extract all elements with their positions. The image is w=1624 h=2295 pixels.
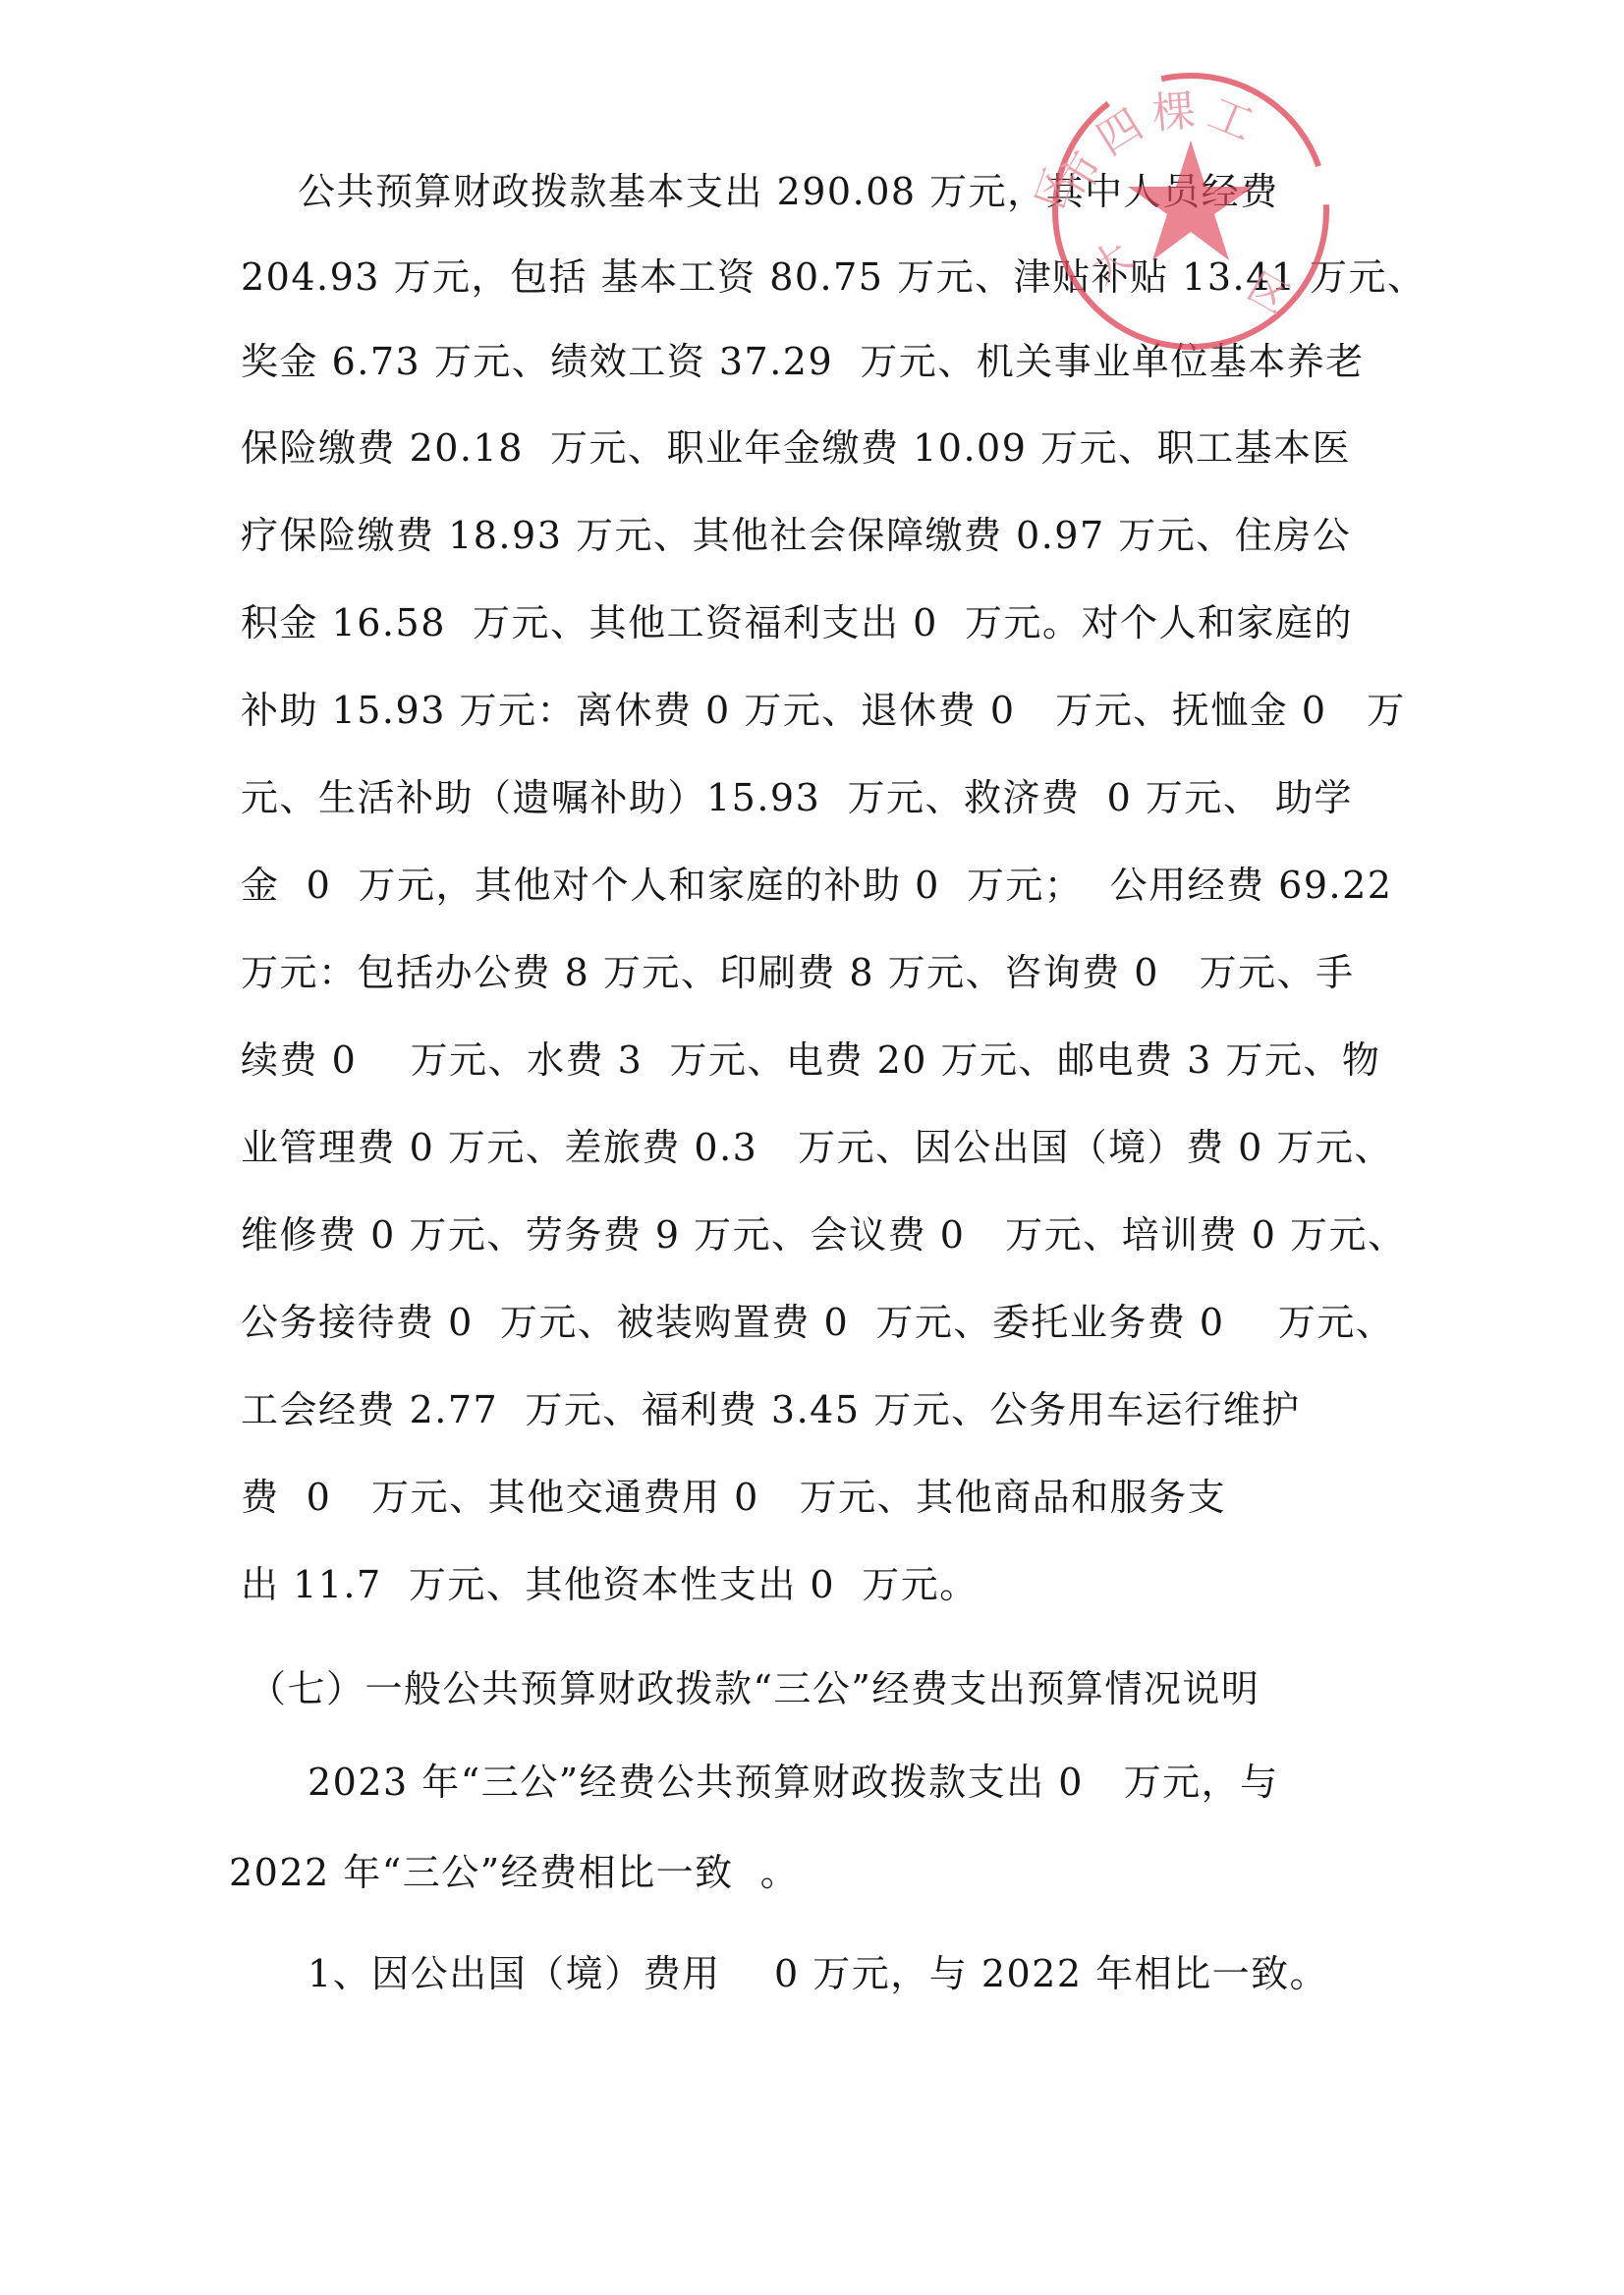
paragraph-line: 奖金 6.73 万元、绩效工资 37.29 万元、机关事业单位基本养老 <box>241 338 1365 385</box>
paragraph-line: 204.93 万元，包括 基本工资 80.75 万元、津贴补贴 13.41 万元… <box>241 253 1427 301</box>
paragraph-line: 保险缴费 20.18 万元、职业年金缴费 10.09 万元、职工基本医 <box>241 424 1351 472</box>
paragraph-line: 补助 15.93 万元：离休费 0 万元、退休费 0 万元、抚恤金 0 万 <box>241 687 1406 734</box>
paragraph-line: 万元：包括办公费 8 万元、印刷费 8 万元、咨询费 0 万元、手 <box>241 949 1355 996</box>
paragraph-line: 疗保险缴费 18.93 万元、其他社会保障缴费 0.97 万元、住房公 <box>241 512 1351 559</box>
paragraph-line: 维修费 0 万元、劳务费 9 万元、会议费 0 万元、培训费 0 万元、 <box>241 1211 1407 1259</box>
paragraph-line: 元、生活补助（遗嘱补助）15.93 万元、救济费 0 万元、 助学 <box>241 774 1353 821</box>
paragraph-line: 续费 0 万元、水费 3 万元、电费 20 万元、邮电费 3 万元、物 <box>241 1036 1380 1084</box>
section-heading: （七）一般公共预算财政拨款“三公”经费支出预算情况说明 <box>249 1665 1260 1712</box>
paragraph-line: 公务接待费 0 万元、被装购置费 0 万元、委托业务费 0 万元、 <box>241 1299 1394 1346</box>
paragraph-line: 业管理费 0 万元、差旅费 0.3 万元、因公出国（境）费 0 万元、 <box>241 1124 1393 1171</box>
paragraph-line: 公共预算财政拨款基本支出 290.08 万元，其中人员经费 <box>298 168 1279 215</box>
paragraph-line: 出 11.7 万元、其他资本性支出 0 万元。 <box>241 1561 979 1608</box>
paragraph-line: 费 0 万元、其他交通费用 0 万元、其他商品和服务支 <box>241 1474 1226 1521</box>
paragraph-line: 金 0 万元，其他对个人和家庭的补助 0 万元； 公用经费 69.22 <box>241 862 1392 909</box>
paragraph-line: 2023 年“三公”经费公共预算财政拨款支出 0 万元，与 <box>308 1759 1279 1806</box>
paragraph-line: 积金 16.58 万元、其他工资福利支出 0 万元。对个人和家庭的 <box>241 599 1353 646</box>
paragraph-line: 工会经费 2.77 万元、福利费 3.45 万元、公务用车运行维护 <box>241 1386 1301 1433</box>
paragraph-line: 2022 年“三公”经费相比一致 。 <box>229 1849 799 1896</box>
document-page: 公共预算财政拨款基本支出 290.08 万元，其中人员经费 204.93 万元，… <box>0 0 1624 2295</box>
list-item: 1、因公出国（境）费用 0 万元，与 2022 年相比一致。 <box>308 1950 1328 1997</box>
